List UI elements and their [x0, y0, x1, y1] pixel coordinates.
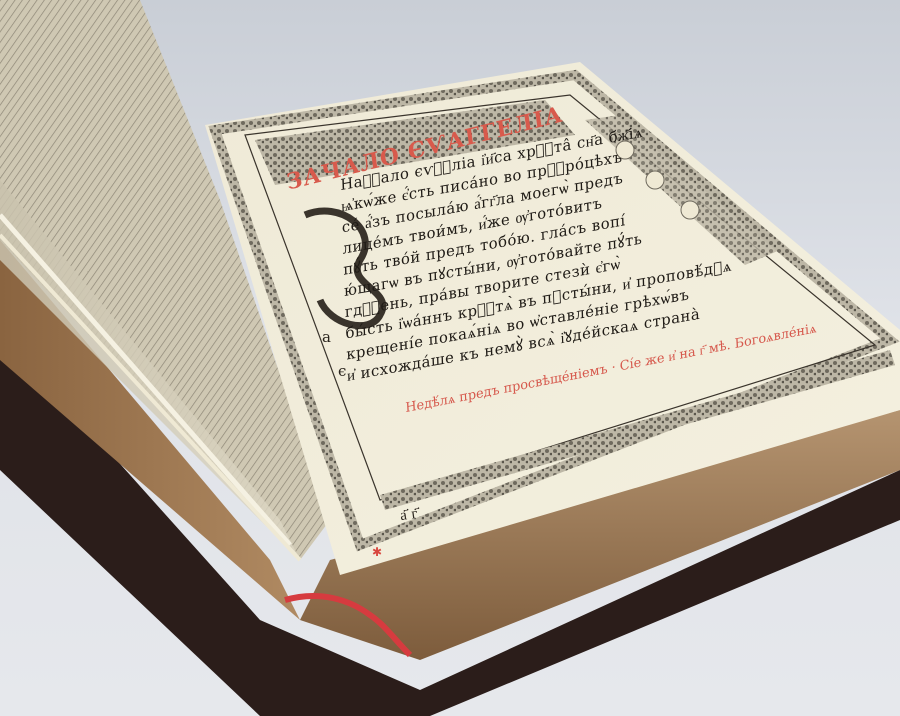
- margin-number: є: [338, 362, 346, 380]
- red-asterisk-icon: ✱: [372, 545, 382, 559]
- signature-mark: а҃ г҃: [399, 504, 419, 525]
- margin-number: а: [322, 328, 331, 346]
- book-photo-scene: ЗАЧАЛО ЄѴАГГЕЛІА Наⷱ҇ало єѵⷢ҇ліа і҆и҃са …: [0, 0, 900, 716]
